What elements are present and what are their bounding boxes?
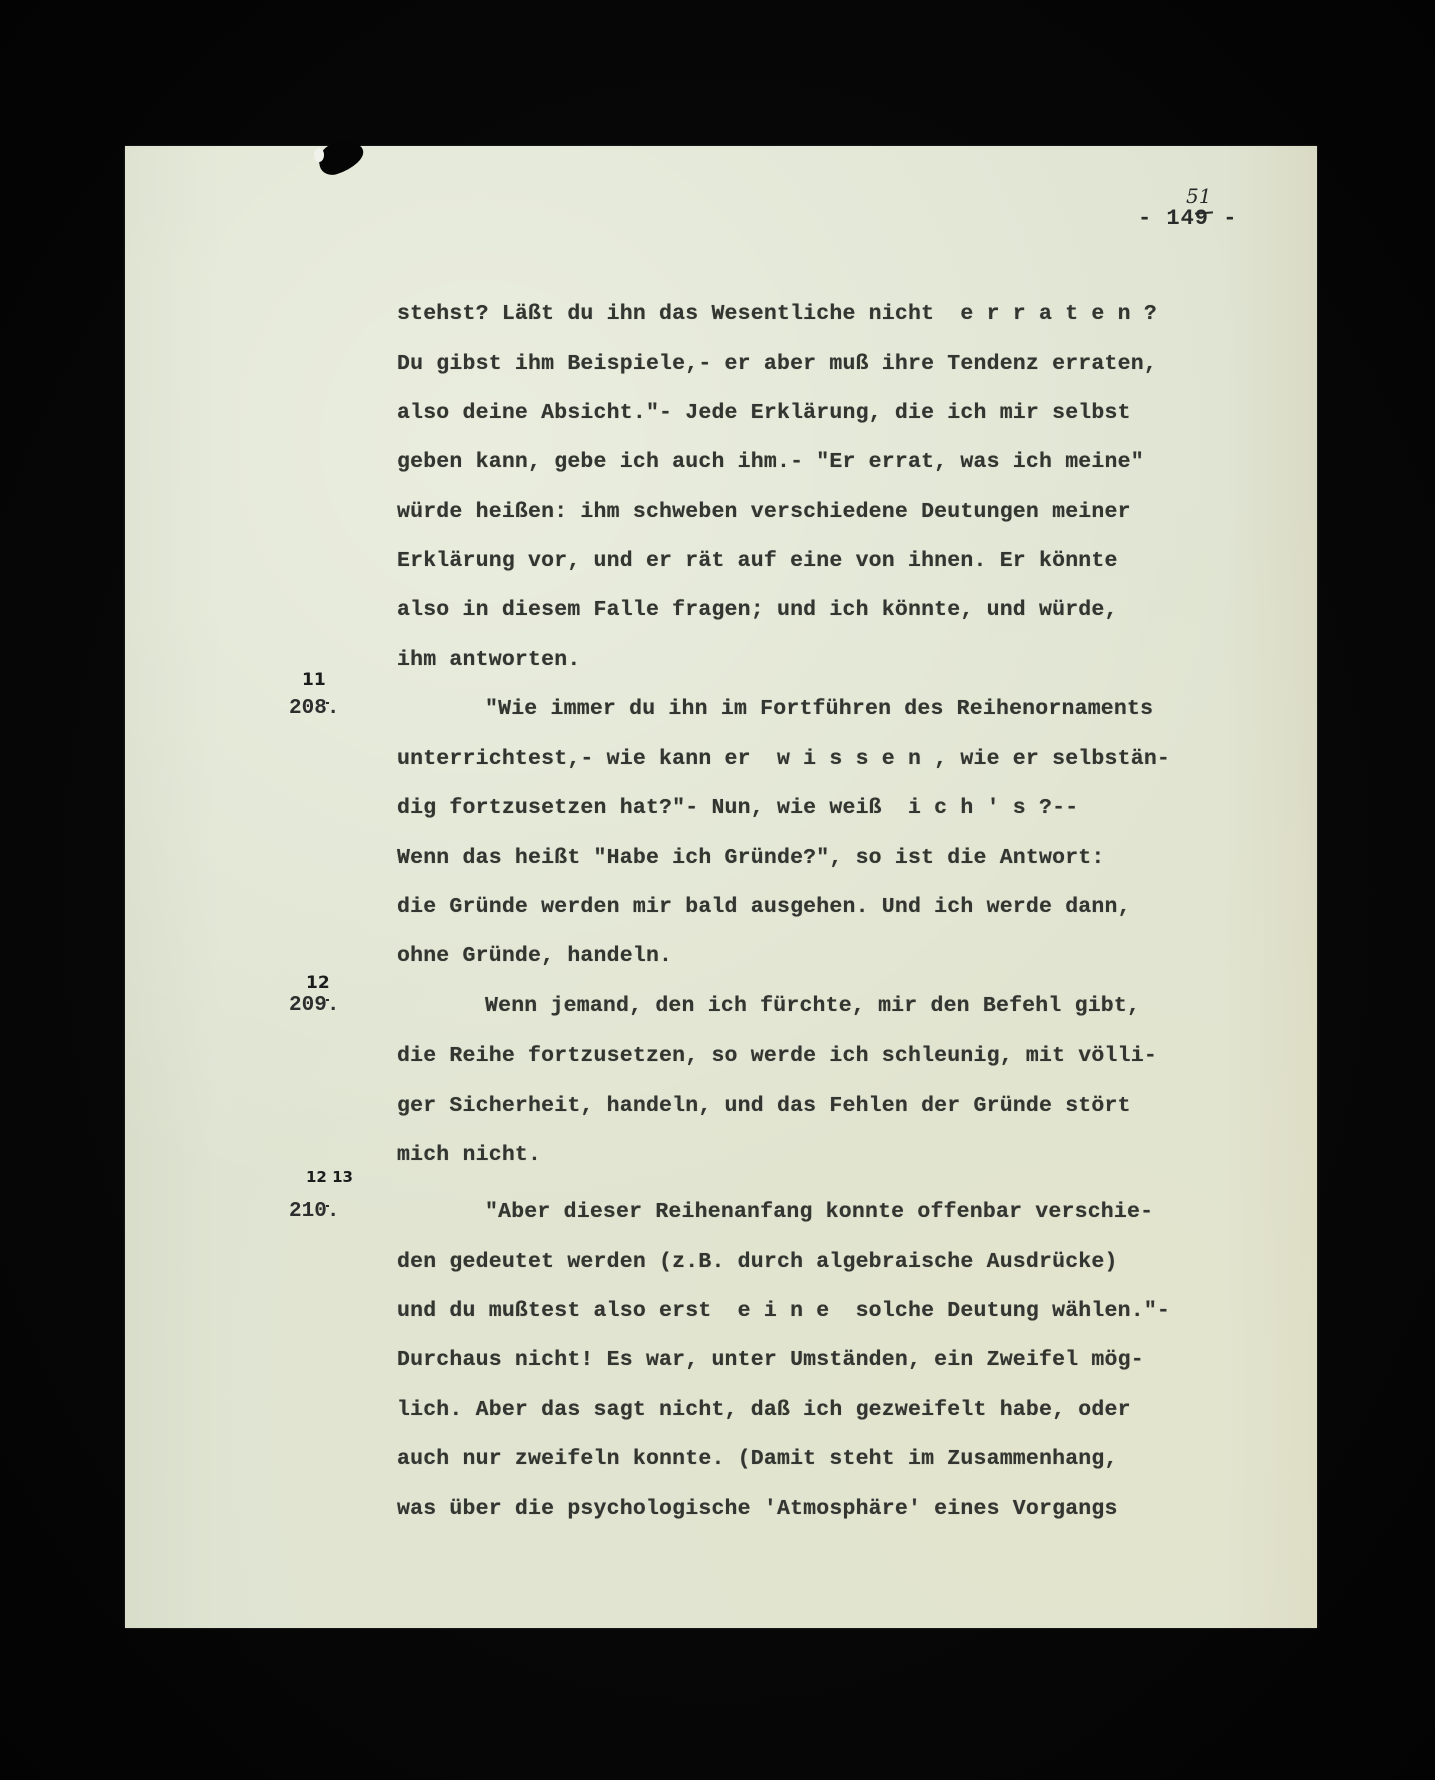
- paper-tear-flap: [314, 148, 324, 162]
- text-line: dig fortzusetzen hat?"- Nun, wie weiß i …: [397, 796, 1078, 820]
- text-line: "Wie immer du ihn im Fortführen des Reih…: [485, 697, 1153, 721]
- text-line: auch nur zweifeln konnte. (Damit steht i…: [397, 1447, 1118, 1471]
- handwritten-paragraph-number: 12 13: [306, 1168, 353, 1186]
- paragraph-number: 210.: [289, 1200, 339, 1223]
- text-line: "Aber dieser Reihenanfang konnte offenba…: [485, 1200, 1153, 1224]
- paragraph-number-struck: 8: [314, 697, 327, 720]
- text-line: den gedeutet werden (z.B. durch algebrai…: [397, 1250, 1118, 1274]
- paragraph-number-suffix: .: [327, 697, 340, 720]
- paragraph-number-suffix: .: [327, 994, 340, 1017]
- text-line: ger Sicherheit, handeln, und das Fehlen …: [397, 1094, 1131, 1118]
- text-line: und du mußtest also erst e i n e solche …: [397, 1299, 1170, 1323]
- text-line: also deine Absicht."- Jede Erklärung, di…: [397, 401, 1131, 425]
- text-line: Durchaus nicht! Es war, unter Umständen,…: [397, 1348, 1144, 1372]
- handwritten-paragraph-number: 11: [302, 670, 326, 690]
- text-line: Erklärung vor, und er rät auf eine von i…: [397, 549, 1118, 573]
- paragraph-number: 209.: [289, 994, 339, 1017]
- text-line: Wenn jemand, den ich fürchte, mir den Be…: [485, 994, 1140, 1018]
- text-line: ihm antworten.: [397, 648, 580, 672]
- paragraph-number-struck: 9: [314, 994, 327, 1017]
- handwritten-paragraph-number: 12: [306, 973, 330, 993]
- paragraph-number-struck: 0: [314, 1200, 327, 1223]
- text-line: also in diesem Falle fragen; und ich kön…: [397, 598, 1118, 622]
- text-line: die Reihe fortzusetzen, so werde ich sch…: [397, 1044, 1157, 1068]
- paragraph-number: 208.: [289, 697, 339, 720]
- text-line: mich nicht.: [397, 1143, 541, 1167]
- text-line: Wenn das heißt "Habe ich Gründe?", so is…: [397, 846, 1105, 870]
- text-line: ohne Gründe, handeln.: [397, 944, 672, 968]
- text-line: was über die psychologische 'Atmosphäre'…: [397, 1497, 1118, 1521]
- text-line: die Gründe werden mir bald ausgehen. Und…: [397, 895, 1131, 919]
- text-line: lich. Aber das sagt nicht, daß ich gezwe…: [397, 1398, 1131, 1422]
- text-line: stehst? Läßt du ihn das Wesentliche nich…: [397, 302, 1157, 326]
- page-number-suffix: -: [1209, 206, 1237, 231]
- paragraph-number-prefix: 20: [289, 697, 314, 720]
- typed-page-number: - 149 -: [1138, 206, 1237, 231]
- text-line: unterrichtest,- wie kann er w i s s e n …: [397, 747, 1170, 771]
- text-line: Du gibst ihm Beispiele,- er aber muß ihr…: [397, 352, 1157, 376]
- paragraph-number-prefix: 21: [289, 1200, 314, 1223]
- page-number-prefix: - 1: [1138, 206, 1181, 231]
- text-line: geben kann, gebe ich auch ihm.- "Er erra…: [397, 450, 1144, 474]
- page-number-struck-digits: 49: [1181, 206, 1209, 231]
- paragraph-number-suffix: .: [327, 1200, 340, 1223]
- text-line: würde heißen: ihm schweben verschiedene …: [397, 500, 1131, 524]
- handwritten-page-number: 51: [1186, 184, 1211, 208]
- paragraph-number-prefix: 20: [289, 994, 314, 1017]
